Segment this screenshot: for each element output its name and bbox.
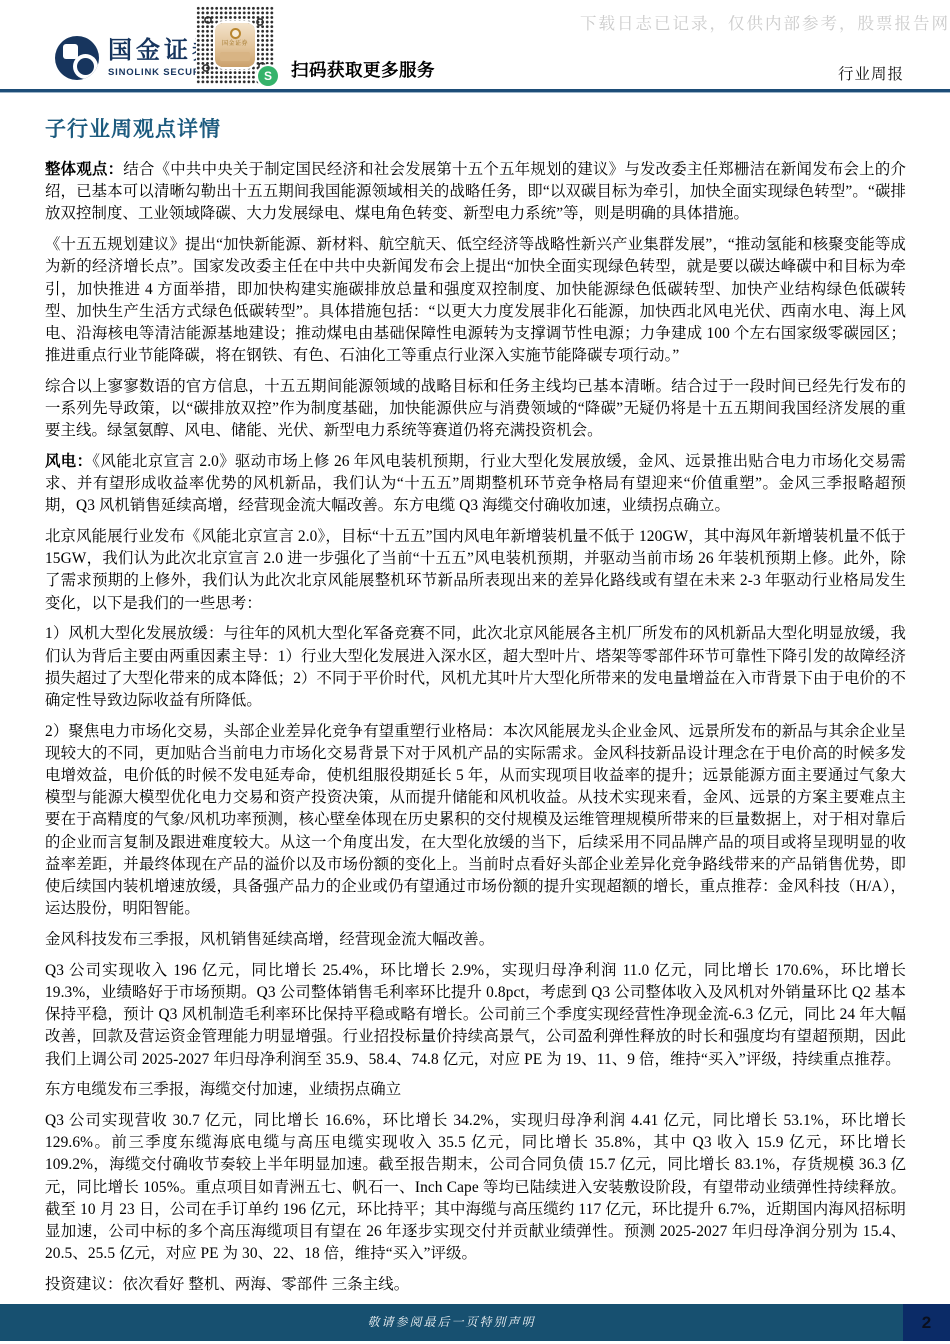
page-title: 子行业周观点详情 [45,113,906,143]
qr-badge-logo-icon [230,28,241,39]
paragraph-text: 东方电缆发布三季报，海缆交付加速，业绩拐点确立 [45,1081,401,1098]
paragraph-beijing-declaration: 北京风能展行业发布《风能北京宣言 2.0》，目标“十五五”国内风电年新增装机量不… [45,526,906,615]
page-number: 2 [903,1304,950,1341]
header-divider-light [0,92,950,93]
paragraph-wind-power: 风电：《风能北京宣言 2.0》驱动市场上修 26 年风电装机预期，行业大型化发展… [45,451,906,518]
qr-badge-band [220,52,250,61]
paragraph-overall-view: 整体观点：结合《中共中央关于制定国民经济和社会发展第十五个五年规划的建议》与发改… [45,159,906,226]
paragraph-goldwind-headline: 金风科技发布三季报，风机销售延续高增，经营现金流大幅改善。 [45,929,906,951]
paragraph-five-year-plan: 《十五五规划建议》提出“加快新能源、新材料、航空航天、低空经济等战略性新兴产业集… [45,234,906,367]
paragraph-text: 《风能北京宣言 2.0》驱动市场上修 26 年风电装机预期，行业大型化发展放缓，… [45,453,906,514]
paragraph-point-1-upsizing: 1）风机大型化发展放缓：与往年的风机大型化军备竞赛不同，此次北京风能展各主机厂所… [45,623,906,712]
paragraph-text: 北京风能展行业发布《风能北京宣言 2.0》，目标“十五五”国内风电年新增装机量不… [45,528,906,612]
paragraph-text: 2）聚焦电力市场化交易，头部企业差异化竞争有望重塑行业格局：本次风能展龙头企业金… [45,723,906,918]
paragraph-text: Q3 公司实现营收 30.7 亿元，同比增长 16.6%，环比增长 34.2%，… [45,1112,906,1262]
paragraph-text: 结合《中共中央关于制定国民经济和社会发展第十五个五年规划的建议》与发改委主任郑栅… [45,161,906,222]
paragraph-orient-cable-headline: 东方电缆发布三季报，海缆交付加速，业绩拐点确立 [45,1079,906,1101]
paragraph-text: 《十五五规划建议》提出“加快新能源、新材料、航空航天、低空经济等战略性新兴产业集… [45,236,906,364]
paragraph-point-2-market-trading: 2）聚焦电力市场化交易，头部企业差异化竞争有望重塑行业格局：本次风能展龙头企业金… [45,721,906,921]
qr-center-badge: 国金证券 [215,23,255,67]
paragraph-goldwind-q3: Q3 公司实现收入 196 亿元，同比增长 25.4%，环比增长 2.9%，实现… [45,960,906,1071]
paragraph-orient-cable-q3: Q3 公司实现营收 30.7 亿元，同比增长 16.6%，环比增长 34.2%，… [45,1110,906,1265]
logo-notch-shape [63,44,78,59]
qr-badge-label: 国金证券 [215,41,255,49]
report-body: 子行业周观点详情 整体观点：结合《中共中央关于制定国民经济和社会发展第十五个五年… [45,113,906,1300]
paragraph-text: 金风科技发布三季报，风机销售延续高增，经营现金流大幅改善。 [45,931,494,948]
paragraph-lead: 风电： [45,453,92,470]
paragraph-lead: 整体观点： [45,161,123,178]
report-page: 下载日志已记录，仅供内部参考，股票报告网 国金证券 SINOLINK SECUR… [0,0,950,1344]
footer-disclaimer: 敬请参阅最后一页特别声明 [0,1304,903,1341]
paragraph-investment-advice: 投资建议：依次看好 整机、两海、零部件 三条主线。 [45,1274,906,1296]
paragraph-summary: 综合以上寥寥数语的官方信息，十五五期间能源领域的战略目标和任务主线均已基本清晰。… [45,376,906,443]
paragraph-text: Q3 公司实现收入 196 亿元，同比增长 25.4%，环比增长 2.9%，实现… [45,962,906,1068]
report-footer: 敬请参阅最后一页特别声明 2 [0,1304,950,1341]
header-divider [0,89,950,92]
sinolink-logo-icon [55,36,99,80]
logo-dot-shape [77,58,94,75]
report-type-label: 行业周报 [838,62,904,84]
paragraph-text: 投资建议：依次看好 整机、两海、零部件 三条主线。 [45,1276,409,1293]
qr-green-icon: S [258,66,278,86]
qr-caption: 扫码获取更多服务 [291,57,435,82]
qr-code: 国金证券 S [196,6,274,84]
paragraph-text: 1）风机大型化发展放缓：与往年的风机大型化军备竞赛不同，此次北京风能展各主机厂所… [45,625,906,709]
watermark: 下载日志已记录，仅供内部参考，股票报告网 [580,10,950,34]
paragraph-text: 综合以上寥寥数语的官方信息，十五五期间能源领域的战略目标和任务主线均已基本清晰。… [45,378,906,439]
